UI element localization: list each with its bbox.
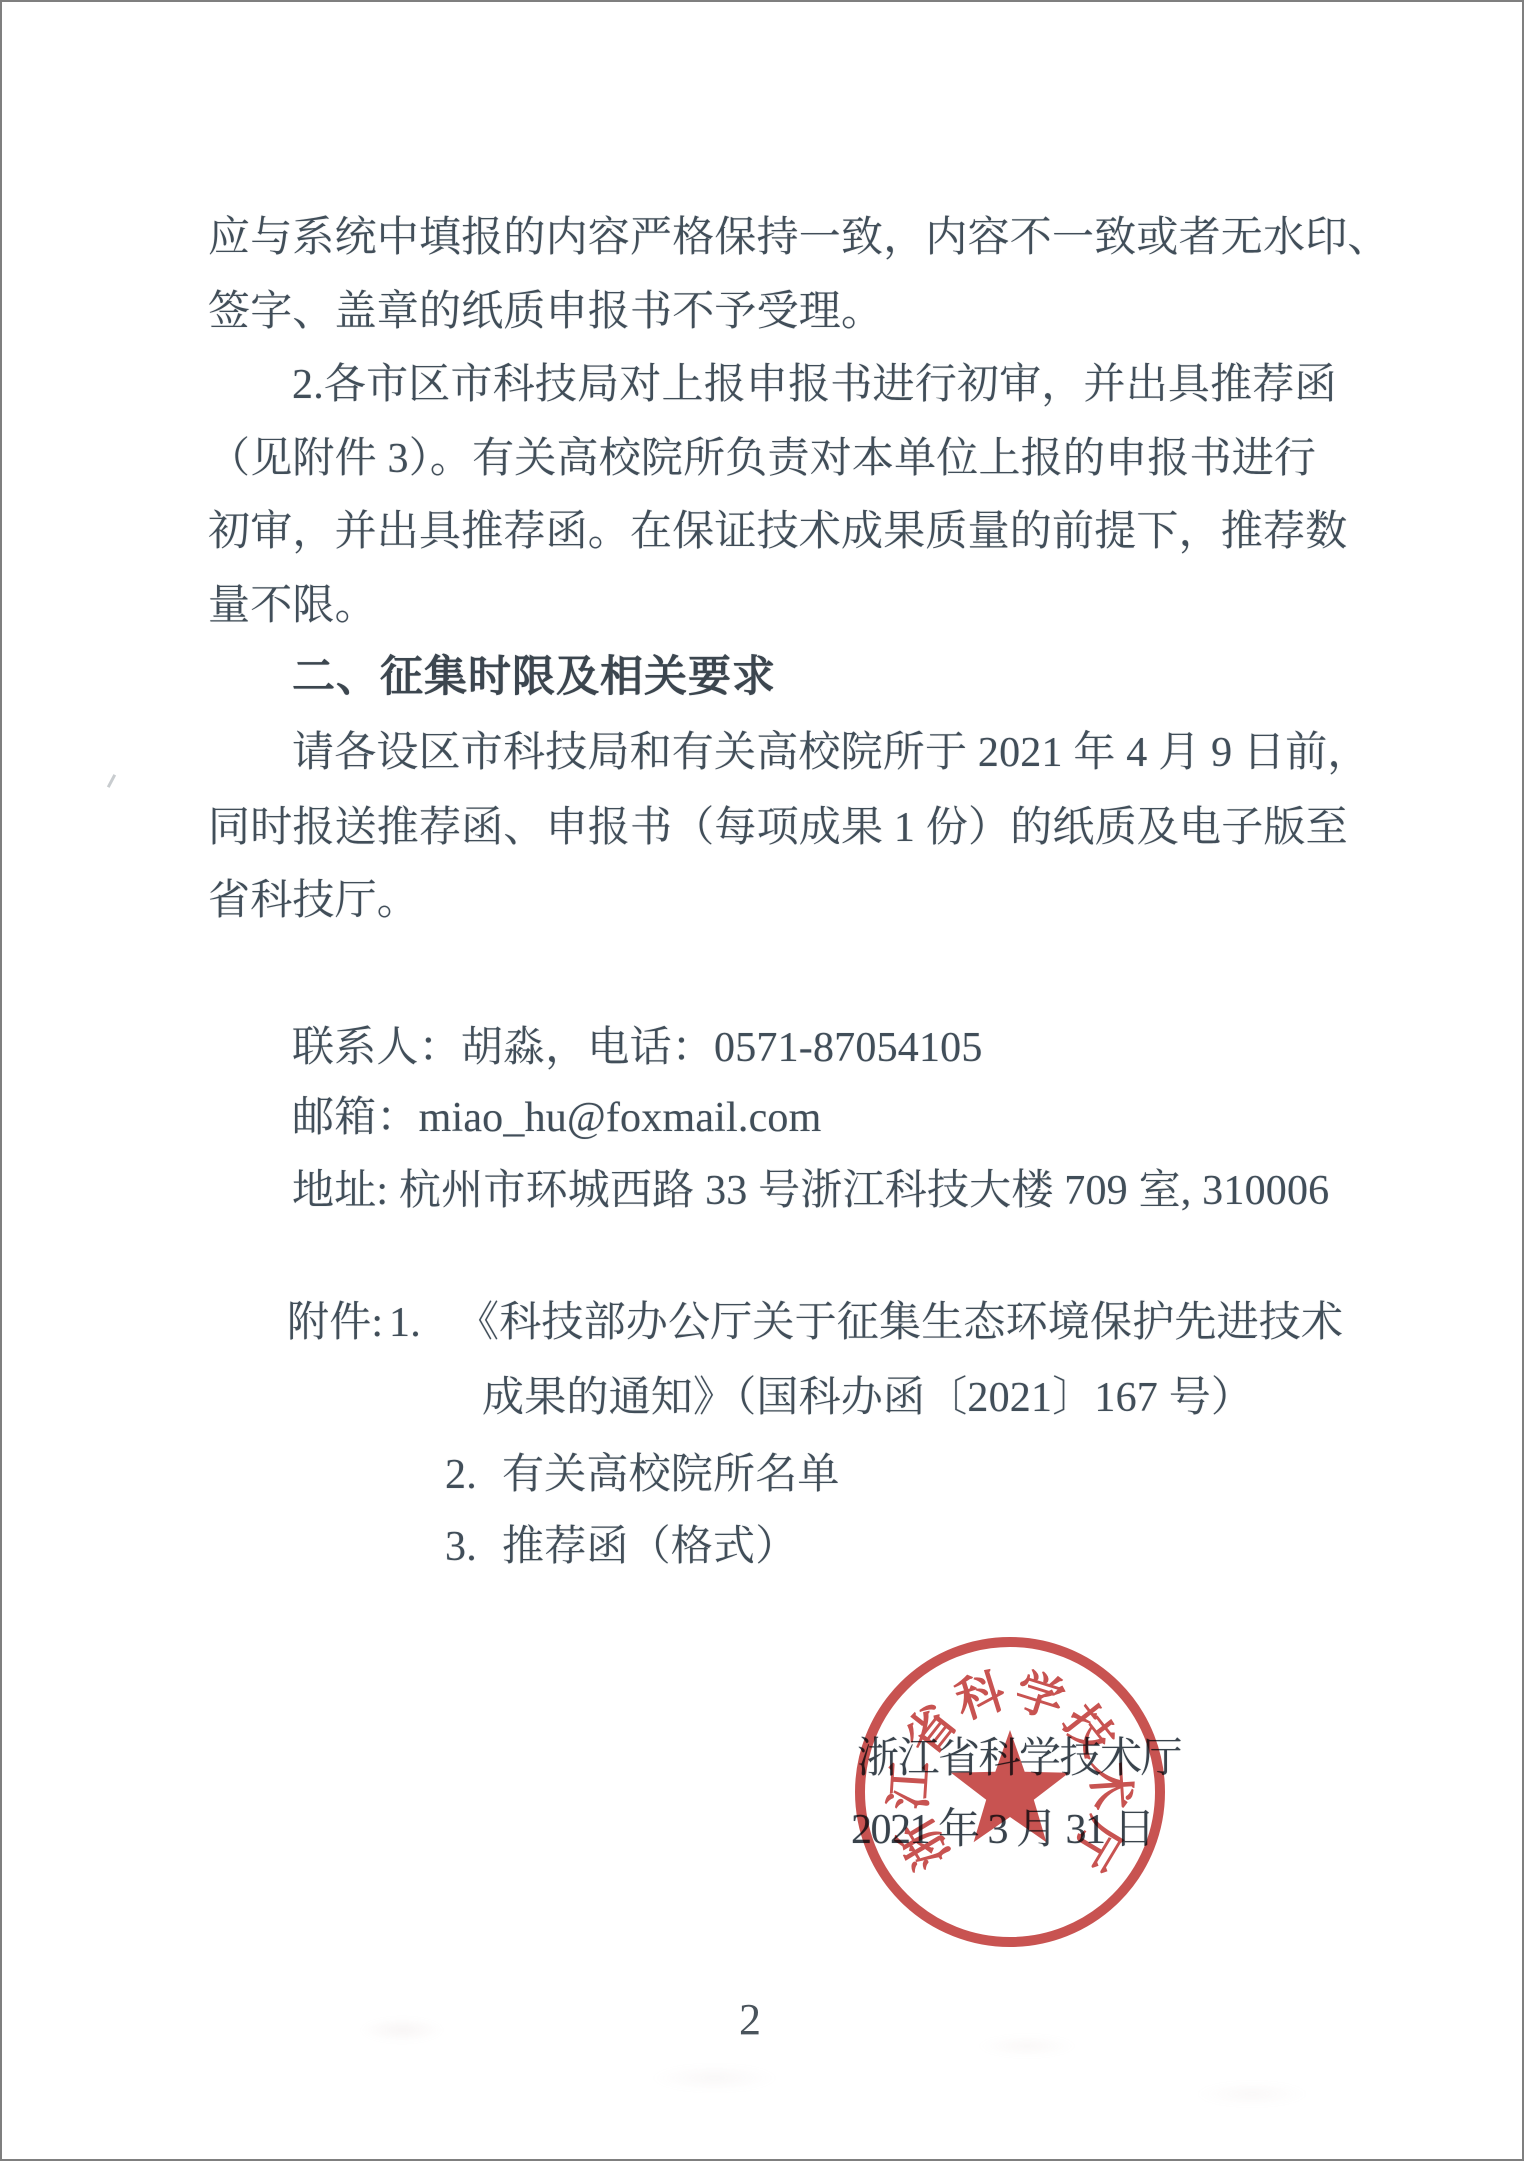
- attachment-3-number: 3.: [445, 1526, 477, 1568]
- attachment-2-text: 有关高校院所名单: [502, 1454, 840, 1496]
- seal-ring-char: 省: [896, 1695, 967, 1765]
- contact-person-line: 联系人：胡淼，电话：0571-87054105: [292, 1027, 983, 1069]
- body-p3-line2: 同时报送推荐函、申报书（每项成果 1 份）的纸质及电子版至: [208, 807, 1348, 849]
- seal-ring-char: 科: [950, 1665, 1012, 1730]
- body-p3-line1: 请各设区市科技局和有关高校院所于 2021 年 4 月 9 日前，: [292, 732, 1370, 774]
- seal-ring-char: 学: [1009, 1665, 1071, 1730]
- attachment-1-number: 1.: [389, 1302, 421, 1344]
- official-seal: 浙 江 省 科 学 技 术 厅: [850, 1632, 1170, 1952]
- body-p1-line1: 应与系统中填报的内容严格保持一致，内容不一致或者无水印、: [208, 217, 1390, 259]
- seal-ring-char: 厅: [1060, 1809, 1130, 1877]
- attachment-1-line1: 《科技部办公厅关于征集生态环境保护先进技术: [457, 1302, 1343, 1344]
- body-p3-line3: 省科技厅。: [208, 880, 419, 922]
- body-p2-line4: 量不限。: [208, 585, 377, 627]
- scanned-page: 应与系统中填报的内容严格保持一致，内容不一致或者无水印、 签字、盖章的纸质申报书…: [0, 0, 1524, 2161]
- seal-ring-char: 浙: [890, 1809, 960, 1877]
- contact-address-line: 地址: 杭州市环城西路 33 号浙江科技大楼 709 室, 310006: [292, 1170, 1329, 1212]
- attachment-1-line2: 成果的通知》（国科办函〔2021〕167 号）: [482, 1377, 1253, 1419]
- scan-speck: [107, 774, 116, 788]
- seal-ring-char: 术: [1081, 1760, 1137, 1811]
- body-p2-line1: 2.各市区市科技局对上报申报书进行初审，并出具推荐函: [292, 364, 1337, 406]
- page-number: 2: [718, 1994, 782, 2045]
- seal-ring-char: 技: [1053, 1695, 1124, 1765]
- attachment-2-number: 2.: [445, 1454, 477, 1496]
- seal-ring-char: 江: [883, 1760, 939, 1811]
- body-p1-line2: 签字、盖章的纸质申报书不予受理。: [208, 291, 883, 333]
- body-p2-line2: （见附件 3）。有关高校院所负责对本单位上报的申报书进行: [208, 438, 1316, 480]
- attachments-label: 附件:: [287, 1302, 383, 1344]
- seal-star-icon: [951, 1730, 1069, 1842]
- body-p2-line3: 初审，并出具推荐函。在保证技术成果质量的前提下，推荐数: [208, 511, 1347, 553]
- section-heading: 二、征集时限及相关要求: [292, 656, 776, 699]
- contact-email-line: 邮箱：miao_hu@foxmail.com: [292, 1097, 822, 1139]
- attachment-3-text: 推荐函（格式）: [502, 1526, 797, 1568]
